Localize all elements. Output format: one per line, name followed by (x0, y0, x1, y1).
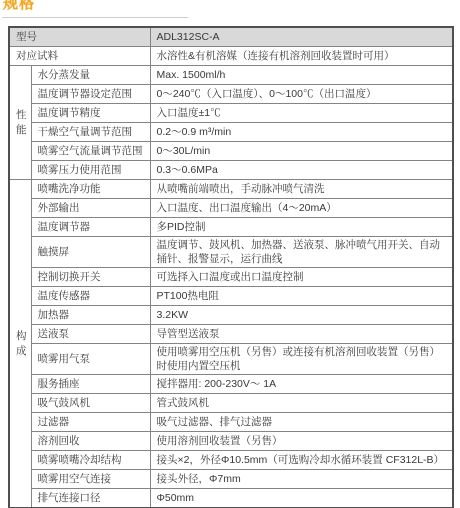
spec-value: Max. 1500ml/h (150, 66, 453, 85)
spec-label: 过滤器 (31, 413, 150, 432)
spec-label: 吸气鼓风机 (31, 394, 150, 413)
spec-label: 喷雾喷嘴冷却结构 (31, 451, 150, 470)
spec-value: ADL312SC-A (150, 27, 453, 47)
spec-value: 导管型送液泵 (150, 325, 453, 344)
spec-value: 0.3～0.6MPa (150, 161, 453, 180)
spec-value: 入口温度、出口温度输出（4～20mA） (150, 199, 453, 218)
spec-value: 吸气过滤器、排气过滤器 (150, 413, 453, 432)
spec-value: 0～240℃（入口温度）、0～100℃（出口温度） (150, 85, 453, 104)
spec-label: 溶剂回收 (31, 432, 150, 451)
spec-label: 喷雾空气流量调节范围 (31, 142, 150, 161)
spec-row: 温度调节器 多PID控制 (9, 218, 453, 237)
spec-value: 0～30L/min (150, 142, 453, 161)
spec-label: 喷雾用气泵 (31, 344, 150, 375)
spec-value: 多PID控制 (150, 218, 453, 237)
spec-row: 吸气鼓风机 管式鼓风机 (9, 394, 453, 413)
spec-label: 服务插座 (31, 375, 150, 394)
spec-row: 触摸屏 温度调节、鼓风机、加热器、送液泵、脉冲喷气用开关、自动捅针、报警显示，运… (9, 237, 453, 268)
spec-value: 搅拌器用: 200-230V～ 1A (150, 375, 453, 394)
spec-row: 溶剂回收 使用溶剂回收装置（另售） (9, 432, 453, 451)
spec-label: 加热器 (31, 306, 150, 325)
spec-row: 加热器 3.2KW (9, 306, 453, 325)
spec-label: 温度传感器 (31, 287, 150, 306)
spec-label: 排气连接口径 (31, 489, 150, 508)
spec-row: 性能 水分蒸发量 Max. 1500ml/h (9, 66, 453, 85)
spec-label: 对应试料 (9, 47, 150, 66)
spec-value: 接头×2，外径Φ10.5mm（可选购冷却水循环装置 CF312L-B） (150, 451, 453, 470)
spec-label: 喷雾压力使用范围 (31, 161, 150, 180)
spec-label: 型号 (9, 27, 150, 47)
spec-label: 温度调节精度 (31, 104, 150, 123)
spec-row: 控制切换开关 可选择入口温度或出口温度控制 (9, 268, 453, 287)
spec-label: 外部输出 (31, 199, 150, 218)
spec-value: 3.2KW (150, 306, 453, 325)
spec-row-model: 型号 ADL312SC-A (9, 27, 453, 47)
spec-row: 喷雾用气泵 使用喷雾用空压机（另售）或连接有机溶剂回收装置（另售）时使用内置空压… (9, 344, 453, 375)
section-heading: 规格 (3, 0, 35, 13)
spec-row: 过滤器 吸气过滤器、排气过滤器 (9, 413, 453, 432)
spec-value: 温度调节、鼓风机、加热器、送液泵、脉冲喷气用开关、自动捅针、报警显示，运行曲线 (150, 237, 453, 268)
spec-label: 干燥空气量调节范围 (31, 123, 150, 142)
spec-label: 触摸屏 (31, 237, 150, 268)
spec-value: 使用溶剂回收装置（另售） (150, 432, 453, 451)
spec-label: 控制切换开关 (31, 268, 150, 287)
spec-table: 型号 ADL312SC-A 对应试料 水溶性&有机溶媒（连接有机溶剂回收装置时可… (8, 26, 454, 508)
spec-label: 送液泵 (31, 325, 150, 344)
spec-label: 水分蒸发量 (31, 66, 150, 85)
spec-row: 喷雾用空气连接 接头外径，Φ7mm (9, 470, 453, 489)
spec-value: 水溶性&有机溶媒（连接有机溶剂回收装置时可用） (150, 47, 453, 66)
spec-row-sample: 对应试料 水溶性&有机溶媒（连接有机溶剂回收装置时可用） (9, 47, 453, 66)
spec-row: 干燥空气量调节范围 0.2～0.9 m³/min (9, 123, 453, 142)
spec-row: 外部输出 入口温度、出口温度输出（4～20mA） (9, 199, 453, 218)
spec-row: 温度传感器 PT100热电阻 (9, 287, 453, 306)
spec-row: 送液泵 导管型送液泵 (9, 325, 453, 344)
spec-value: 管式鼓风机 (150, 394, 453, 413)
spec-value: 接头外径，Φ7mm (150, 470, 453, 489)
heading-divider (2, 17, 188, 18)
spec-label: 喷雾用空气连接 (31, 470, 150, 489)
spec-row: 喷雾空气流量调节范围 0～30L/min (9, 142, 453, 161)
spec-value: 可选择入口温度或出口温度控制 (150, 268, 453, 287)
spec-row: 构成 喷嘴洗净功能 从喷嘴前端喷出，手动脉冲喷气清洗 (9, 180, 453, 199)
spec-row: 温度调节器设定范围 0～240℃（入口温度）、0～100℃（出口温度） (9, 85, 453, 104)
spec-row: 排气连接口径 Φ50mm (9, 489, 453, 508)
spec-row: 喷雾喷嘴冷却结构 接头×2，外径Φ10.5mm（可选购冷却水循环装置 CF312… (9, 451, 453, 470)
spec-label: 喷嘴洗净功能 (31, 180, 150, 199)
spec-value: 使用喷雾用空压机（另售）或连接有机溶剂回收装置（另售）时使用内置空压机 (150, 344, 453, 375)
spec-row: 喷雾压力使用范围 0.3～0.6MPa (9, 161, 453, 180)
spec-label: 温度调节器设定范围 (31, 85, 150, 104)
spec-value: PT100热电阻 (150, 287, 453, 306)
spec-row: 服务插座 搅拌器用: 200-230V～ 1A (9, 375, 453, 394)
spec-value: 入口温度±1℃ (150, 104, 453, 123)
group-label-performance: 性能 (9, 66, 31, 180)
spec-value: Φ50mm (150, 489, 453, 508)
group-label-composition: 构成 (9, 180, 31, 508)
spec-value: 从喷嘴前端喷出，手动脉冲喷气清洗 (150, 180, 453, 199)
spec-label: 温度调节器 (31, 218, 150, 237)
spec-value: 0.2～0.9 m³/min (150, 123, 453, 142)
spec-row: 温度调节精度 入口温度±1℃ (9, 104, 453, 123)
